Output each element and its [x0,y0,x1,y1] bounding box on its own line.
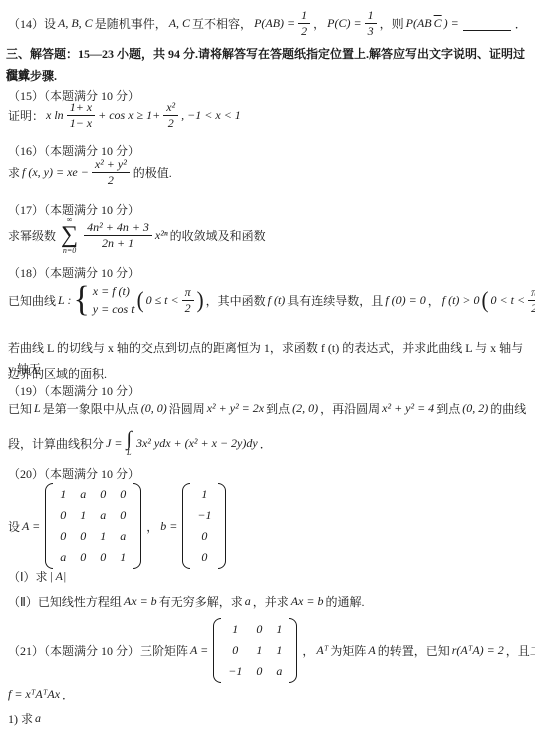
vector-cell: 0 [197,529,211,544]
matrix-cell: 1 [120,550,126,565]
question-15: 证明： x ln 1+ x 1− x + cos x ≥ 1+ x² 2 , −… [8,100,241,131]
fraction: 1 2 [298,8,310,39]
matrix-cell: 1 [276,643,282,658]
q20-text: 设 [8,518,20,535]
question-19-line2: 段，计算曲线积分 J = ∫ L 3x² ydx + (x² + x − 2y)… [8,429,272,457]
math-run: + cos x ≥ 1+ [98,108,160,123]
math-run: P(C) = [327,16,361,31]
matrix-A21: 1 0 1 0 1 1 −1 0 a [213,618,297,683]
section-header-line2: 演算步骤. [6,66,57,87]
fraction-denominator: 3 [365,24,377,39]
fraction-denominator: 2n + 1 [99,236,137,251]
matrix-cell: 1 [80,508,86,523]
summation: ∞ ∑ n=0 [61,216,78,255]
matrix-A: 1 a 0 0 0 1 a 0 0 0 1 a a 0 0 1 [45,483,141,569]
q20-text: （Ⅰ）求 [8,568,48,585]
right-paren: ) [197,288,204,311]
overline-c: C [434,16,442,31]
vector-cell: 1 [197,487,211,502]
math-run: f (x, y) = xe − [22,165,89,180]
math-run: r(AᵀA) = 2 [452,643,504,658]
fraction: π 2 [182,285,194,316]
math-run: f (t) [268,293,286,308]
q18-text: ，其中函数 [206,292,266,309]
q18-text: 具有连续导数，且 [287,292,383,309]
matrix-right-paren [218,483,226,569]
math-run: , −1 < x < 1 [181,108,241,123]
vector-cell: −1 [197,508,211,523]
matrix-cell: 1 [276,622,282,637]
q15-text: 证明： [8,107,44,124]
math-run: ) = [444,16,459,31]
q19-text: ，再沿圆周 [320,400,380,417]
matrix-cell: 0 [60,529,66,544]
section-header-line1: 三、解答题：15—23 小题，共 94 分.请将解答写在答题纸指定位置上.解答应… [6,44,529,86]
q20-text: 有无穷多解，求 [159,593,243,610]
math-run: A = [190,643,208,658]
q14-text: ，则 [380,15,404,32]
q20-text: （Ⅱ）已知线性方程组 [8,593,122,610]
vector-grid: 1 −1 0 0 [190,483,218,569]
question-21: （21）（本题满分 10 分）三阶矩阵 A = 1 0 1 0 1 1 −1 0… [8,618,535,683]
matrix-cell: a [60,550,66,565]
math-run: b = [160,519,177,534]
matrix-cell: 0 [80,550,86,565]
matrix-cell: a [120,529,126,544]
question-19-line1: 已知 L 是第一象限中从点 (0, 0) 沿圆周 x² + y² = 2x 到点… [8,400,526,417]
fraction-numerator: 1 [298,8,310,24]
q14-label: （14）设 [8,15,56,32]
q21-text: ，且二次型 [506,642,535,659]
matrix-cell: 1 [228,622,242,637]
matrix-cell: a [100,508,106,523]
q17-text: 的收敛域及和函数 [170,227,266,244]
math-run: 3x² ydx + (x² + x − 2y)dy [136,436,258,451]
q19-text: 沿圆周 [169,400,205,417]
q16-text: 的极值. [133,164,172,181]
math-run: A [368,643,375,658]
fraction-numerator: x² [163,100,178,116]
period: ． [515,15,527,32]
fraction: 1 3 [365,8,377,39]
q16-text: 求 [8,164,20,181]
math-run: L [34,401,41,416]
left-paren: ( [137,288,144,311]
q19-text: 到点 [436,400,460,417]
math-run: | A| [50,569,67,584]
matrix-right-paren [133,483,141,569]
matrix-left-paren [213,618,221,683]
fraction-numerator: 1 [365,8,377,24]
summation-lower-limit: n=0 [63,247,76,255]
q17-text: 求幂级数 [8,227,56,244]
left-paren: ( [482,288,489,311]
matrix-cell: 0 [256,622,262,637]
matrix-cell: 1 [100,529,106,544]
q21-heading: （21）（本题满分 10 分）三阶矩阵 [8,642,188,659]
comma: ， [302,642,314,659]
math-run: x ln [46,108,64,123]
q21-text: 为矩阵 [330,642,366,659]
fraction-denominator: 2 [528,301,535,316]
fraction-numerator: 1+ x [67,100,95,116]
q14-text: 互不相容， [192,15,252,32]
fraction: π 2 [528,285,535,316]
q21-text: 1) 求 [8,710,33,727]
question-17: 求幂级数 ∞ ∑ n=0 4n² + 4n + 3 2n + 1 x²ⁿ 的收敛… [8,216,266,255]
matrix-cell: 0 [120,508,126,523]
exam-paper-page: （14）设 A, B, C 是随机事件， A, C 互不相容， P(AB) = … [0,0,535,734]
fraction-denominator: 2 [182,301,194,316]
math-run: L : [58,293,71,308]
integral-subscript: L [127,447,132,457]
matrix-cell: 1 [256,643,262,658]
math-run: A, C [169,16,190,31]
equation-system: x = f (t) y = cos t [93,284,135,317]
matrix-grid: 1 0 1 0 1 1 −1 0 a [221,618,289,683]
vector-cell: 0 [197,550,211,565]
matrix-cell: a [80,487,86,502]
matrix-left-paren [45,483,53,569]
math-run: J = [106,436,122,451]
matrix-cell: 0 [228,643,242,658]
q19-text: 是第一象限中从点 [43,400,139,417]
fraction-numerator: 4n² + 4n + 3 [84,220,152,236]
math-run: A, B, C [58,16,93,31]
sigma-symbol: ∑ [61,224,78,247]
math-run: x² + y² = 2x [207,401,264,416]
comma: ， [313,15,325,32]
fraction: 4n² + 4n + 3 2n + 1 [84,220,152,251]
fraction: x² 2 [163,100,178,131]
q20-text: ，并求 [253,593,289,610]
q19-text: 段，计算曲线积分 [8,435,104,452]
fraction-denominator: 2 [165,116,177,131]
math-run: f = xᵀAᵀAx [8,687,60,702]
matrix-grid: 1 a 0 0 0 1 a 0 0 0 1 a a 0 0 1 [53,483,133,569]
fraction-denominator: 1− x [67,116,95,131]
system-eq-2: y = cos t [93,302,135,317]
math-run: a [245,594,251,609]
comma: ， [146,518,158,535]
matrix-cell: 0 [100,487,106,502]
matrix-cell: 0 [60,508,66,523]
fraction-numerator: x² + y² [92,157,130,173]
question-14: （14）设 A, B, C 是随机事件， A, C 互不相容， P(AB) = … [8,8,527,39]
question-18-line1: 已知曲线 L : { x = f (t) y = cos t ( 0 ≤ t <… [8,283,535,317]
question-20-part1: （Ⅰ）求 | A| [8,568,66,585]
q19-heading: （19）（本题满分 10 分） [8,381,140,402]
fraction-denominator: 2 [298,24,310,39]
system-eq-1: x = f (t) [93,284,130,299]
fraction-numerator: π [528,285,535,301]
matrix-cell: a [276,664,282,679]
math-run: a [35,711,41,726]
answer-blank [463,17,511,31]
matrix-cell: 0 [256,664,262,679]
period: ． [62,686,74,703]
math-run: 0 < t < [491,293,526,308]
comma: ， [428,292,440,309]
vector-b: 1 −1 0 0 [182,483,226,569]
q20-heading: （20）（本题满分 10 分） [8,464,140,485]
math-run: P(AB) = [254,16,295,31]
math-run: A = [22,519,40,534]
math-run: f (0) = 0 [385,293,425,308]
fraction-denominator: 2 [105,173,117,188]
fraction-numerator: π [182,285,194,301]
math-run: (2, 0) [292,401,318,416]
math-run: f (t) > 0 [442,293,480,308]
q20-text: 的通解. [325,593,364,610]
integral-symbol: ∫ [126,429,131,449]
math-run: x² + y² = 4 [382,401,434,416]
matrix-cell: 0 [120,487,126,502]
matrix-left-paren [182,483,190,569]
math-run: Aᵀ [316,643,328,658]
math-run: 0 ≤ t < [146,293,179,308]
question-20-part2: （Ⅱ）已知线性方程组 Ax = b 有无穷多解，求 a ，并求 Ax = b 的… [8,593,365,610]
period: ． [260,435,272,452]
system-brace: { [73,282,89,318]
math-run: Ax = b [124,594,157,609]
question-21-quadratic-form: f = xᵀAᵀAx ． [8,686,74,703]
integral: ∫ L [126,429,131,457]
fraction: x² + y² 2 [92,157,130,188]
matrix-right-paren [289,618,297,683]
question-20-matrices: 设 A = 1 a 0 0 0 1 a 0 0 0 1 a a 0 0 1 [8,483,229,569]
matrix-cell: 0 [80,529,86,544]
matrix-cell: 0 [100,550,106,565]
q14-text: 是随机事件， [95,15,167,32]
question-21-subpart1: 1) 求 a [8,710,41,727]
q18-text: 已知曲线 [8,292,56,309]
question-16: 求 f (x, y) = xe − x² + y² 2 的极值. [8,157,172,188]
fraction: 1+ x 1− x [67,100,95,131]
q19-text: 到点 [266,400,290,417]
math-run: (0, 0) [141,401,167,416]
math-run: x²ⁿ [155,228,168,243]
math-run: P(AB [406,16,432,31]
math-run: (0, 2) [462,401,488,416]
q21-text: 的转置，已知 [378,642,450,659]
q19-text: 已知 [8,400,32,417]
matrix-cell: −1 [228,664,242,679]
q19-text: 的曲线 [490,400,526,417]
math-run: Ax = b [291,594,324,609]
matrix-cell: 1 [60,487,66,502]
